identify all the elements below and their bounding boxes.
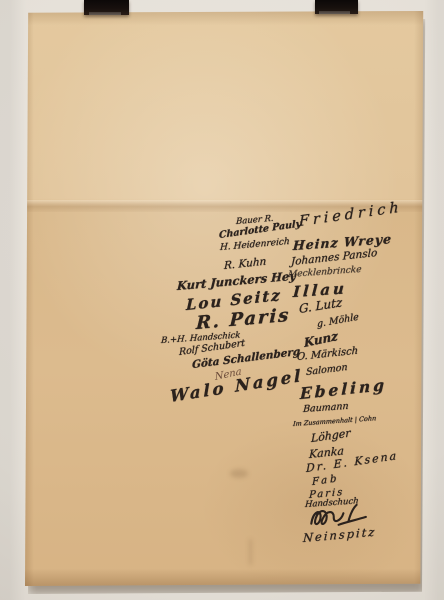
signature: R. Kuhn: [224, 256, 267, 273]
signature: g. Möhle: [317, 312, 359, 330]
signature: Baumann: [303, 401, 349, 415]
signature: Friedrich: [299, 199, 403, 230]
signature: Löhger: [311, 426, 350, 445]
signature: Fab: [312, 473, 339, 488]
photo-of-signature-sheet: Bauer R.Charlotte PaulyH. HeidenreichR. …: [0, 0, 444, 600]
binder-clip-right: [315, 0, 358, 14]
signature: Im Zusammenhalt | Cohn: [293, 414, 377, 428]
signature: Kunz: [304, 329, 339, 350]
signature: Salomon: [306, 362, 348, 378]
signature: Ebeling: [300, 375, 388, 403]
signatures-layer: Bauer R.Charlotte PaulyH. HeidenreichR. …: [0, 0, 444, 600]
binder-clip-left: [84, 0, 129, 15]
